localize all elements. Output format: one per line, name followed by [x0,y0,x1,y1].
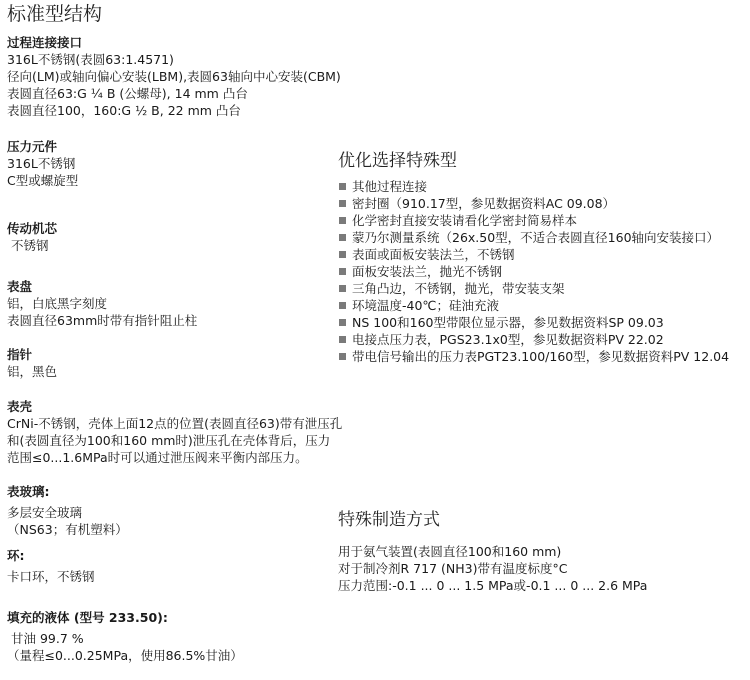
section-movement: 传动机芯 不锈钢 [7,220,57,254]
text-line: 316L不锈钢 [7,155,78,172]
text-line: 范围≤0...1.6MPa时可以通过泄压阀来平衡内部压力。 [7,449,342,466]
text-line: 铝，白底黑字刻度 [7,295,197,312]
text-line: 316L不锈钢(表圆63:1.4571) [7,51,341,68]
text-line: 表圆直径100，160:G ½ B, 22 mm 凸台 [7,102,341,119]
section-label: 填充的液体 (型号 233.50): [7,609,243,626]
special-section-body: 用于氨气装置(表圆直径100和160 mm) 对于制冷剂R 717 (NH3)带… [338,543,647,594]
square-bullet-icon [339,268,346,275]
square-bullet-icon [339,302,346,309]
text-line: 铝，黑色 [7,363,57,380]
text-line: 径向(LM)或轴向偏心安装(LBM),表圆63轴向中心安装(CBM) [7,68,341,85]
list-item: 蒙乃尔测量系统（26x.50型，不适合表圆直径160轴向安装接口） [338,229,729,246]
section-label: 表玻璃: [7,483,128,500]
section-label: 过程连接接口 [7,34,341,51]
section-process-connection: 过程连接接口 316L不锈钢(表圆63:1.4571) 径向(LM)或轴向偏心安… [7,34,341,119]
section-label: 传动机芯 [7,220,57,237]
special-section-title: 特殊制造方式 [338,509,440,531]
square-bullet-icon [339,251,346,258]
text-line: 对于制冷剂R 717 (NH3)带有温度标度°C [338,560,647,577]
text-line: 表圆直径63:G ¼ B (公螺母), 14 mm 凸台 [7,85,341,102]
text-line: 压力范围:-0.1 ... 0 ... 1.5 MPa或-0.1 ... 0 .… [338,577,647,594]
text-line: 和(表圆直径为100和160 mm时)泄压孔在壳体背后，压力 [7,432,342,449]
square-bullet-icon [339,234,346,241]
list-item: 面板安装法兰，抛光不锈钢 [338,263,729,280]
list-item: 三角凸边，不锈钢，抛光，带安装支架 [338,280,729,297]
text-line: C型或螺旋型 [7,172,78,189]
text-line: CrNi-不锈钢，壳体上面12点的位置(表圆直径63)带有泄压孔 [7,415,342,432]
section-pointer: 指针 铝，黑色 [7,346,57,380]
list-item: 环境温度-40℃；硅油充液 [338,297,729,314]
square-bullet-icon [339,285,346,292]
text-line: （量程≤0...0.25MPa，使用86.5%甘油） [7,647,243,664]
text-line: 用于氨气装置(表圆直径100和160 mm) [338,543,647,560]
list-item: 化学密封直接安装请看化学密封简易样本 [338,212,729,229]
text-line: 甘油 99.7 % [7,630,243,647]
page-title: 标准型结构 [7,2,102,26]
section-label: 指针 [7,346,57,363]
text-line: 表圆直径63mm时带有指针阻止柱 [7,312,197,329]
list-item: 表面或面板安装法兰，不锈钢 [338,246,729,263]
section-label: 表壳 [7,398,342,415]
options-list: 其他过程连接 密封圈（910.17型，参见数据资料AC 09.08） 化学密封直… [338,178,729,365]
section-label: 环: [7,547,95,564]
square-bullet-icon [339,200,346,207]
list-item: NS 100和160型带限位显示器，参见数据资料SP 09.03 [338,314,729,331]
list-item: 电接点压力表，PGS23.1x0型，参见数据资料PV 22.02 [338,331,729,348]
text-line: （NS63；有机塑料） [7,521,128,538]
square-bullet-icon [339,183,346,190]
section-window: 表玻璃: 多层安全玻璃 （NS63；有机塑料） [7,483,128,538]
square-bullet-icon [339,336,346,343]
list-item: 带电信号输出的压力表PGT23.100/160型，参见数据资料PV 12.04 [338,348,729,365]
square-bullet-icon [339,217,346,224]
text-line: 多层安全玻璃 [7,504,128,521]
section-dial: 表盘 铝，白底黑字刻度 表圆直径63mm时带有指针阻止柱 [7,278,197,329]
list-item: 其他过程连接 [338,178,729,195]
list-item: 密封圈（910.17型，参见数据资料AC 09.08） [338,195,729,212]
square-bullet-icon [339,353,346,360]
section-label: 表盘 [7,278,197,295]
options-section-title: 优化选择特殊型 [338,150,457,172]
section-pressure-element: 压力元件 316L不锈钢 C型或螺旋型 [7,138,78,189]
section-case: 表壳 CrNi-不锈钢，壳体上面12点的位置(表圆直径63)带有泄压孔 和(表圆… [7,398,342,466]
square-bullet-icon [339,319,346,326]
section-filling-liquid: 填充的液体 (型号 233.50): 甘油 99.7 % （量程≤0...0.2… [7,609,243,664]
text-line: 卡口环，不锈钢 [7,568,95,585]
section-label: 压力元件 [7,138,78,155]
text-line: 不锈钢 [7,237,57,254]
section-ring: 环: 卡口环，不锈钢 [7,547,95,585]
